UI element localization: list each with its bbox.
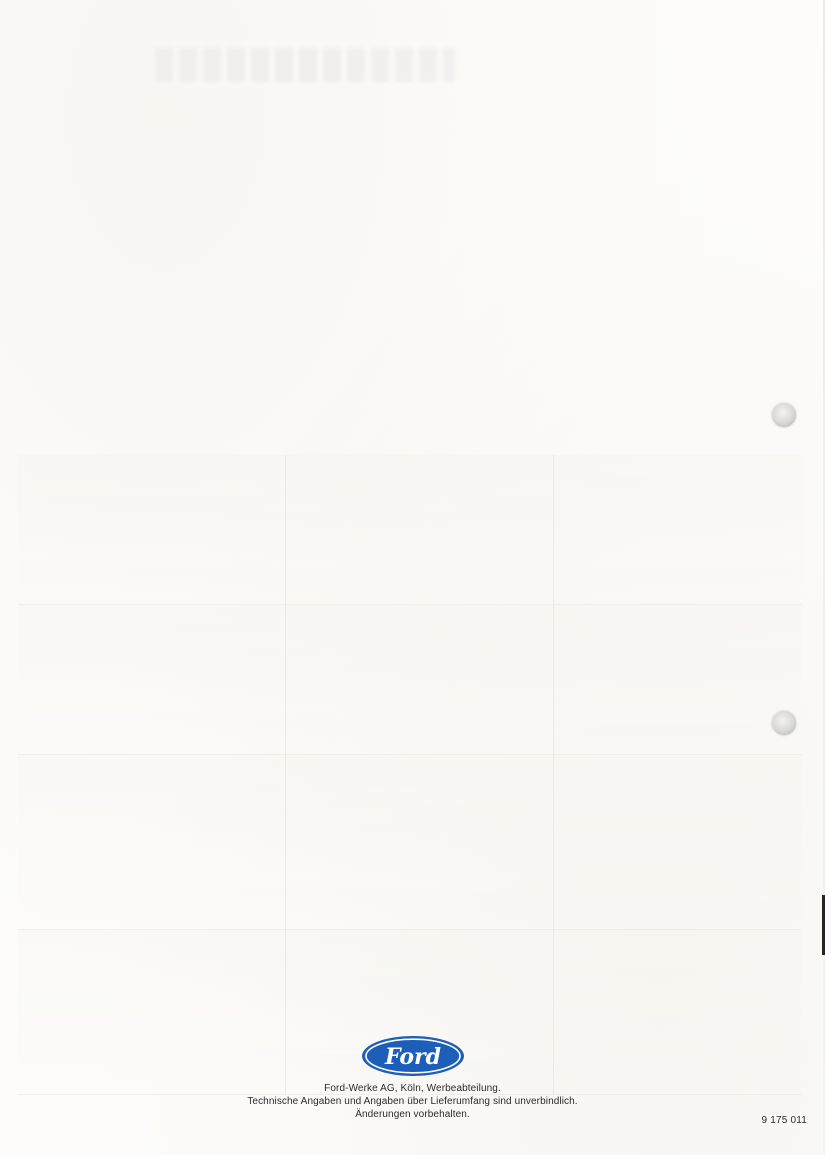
ford-logo-text: Ford [383,1044,440,1070]
bleed-through-panel [286,755,554,930]
bleed-through-panel [18,755,286,930]
imprint-disclaimer: Technische Angaben und Angaben über Lief… [0,1095,825,1108]
ford-oval-logo-icon: Ford [361,1035,465,1077]
imprint-publisher: Ford-Werke AG, Köln, Werbeabteilung. [0,1082,825,1095]
bleed-through-panel [286,455,554,605]
bleed-through-panel [554,455,802,605]
bleed-through-panel [18,605,286,755]
bleed-through-panel [554,605,802,755]
punch-hole-top [772,403,796,427]
document-number: 9 175 011 [761,1115,807,1126]
bleed-through-panel [286,605,554,755]
bleed-through-heading [155,48,455,82]
bleed-through-panel [18,455,286,605]
bleed-through-panel-grid [18,455,802,1095]
punch-hole-bottom [772,711,796,735]
page-background: Ford Ford-Werke AG, Köln, Werbeabteilung… [0,0,825,1155]
footer: Ford Ford-Werke AG, Köln, Werbeabteilung… [0,1035,825,1121]
imprint: Ford-Werke AG, Köln, Werbeabteilung. Tec… [0,1082,825,1121]
bleed-through-panel [554,755,802,930]
imprint-changes-note: Änderungen vorbehalten. [0,1108,825,1121]
